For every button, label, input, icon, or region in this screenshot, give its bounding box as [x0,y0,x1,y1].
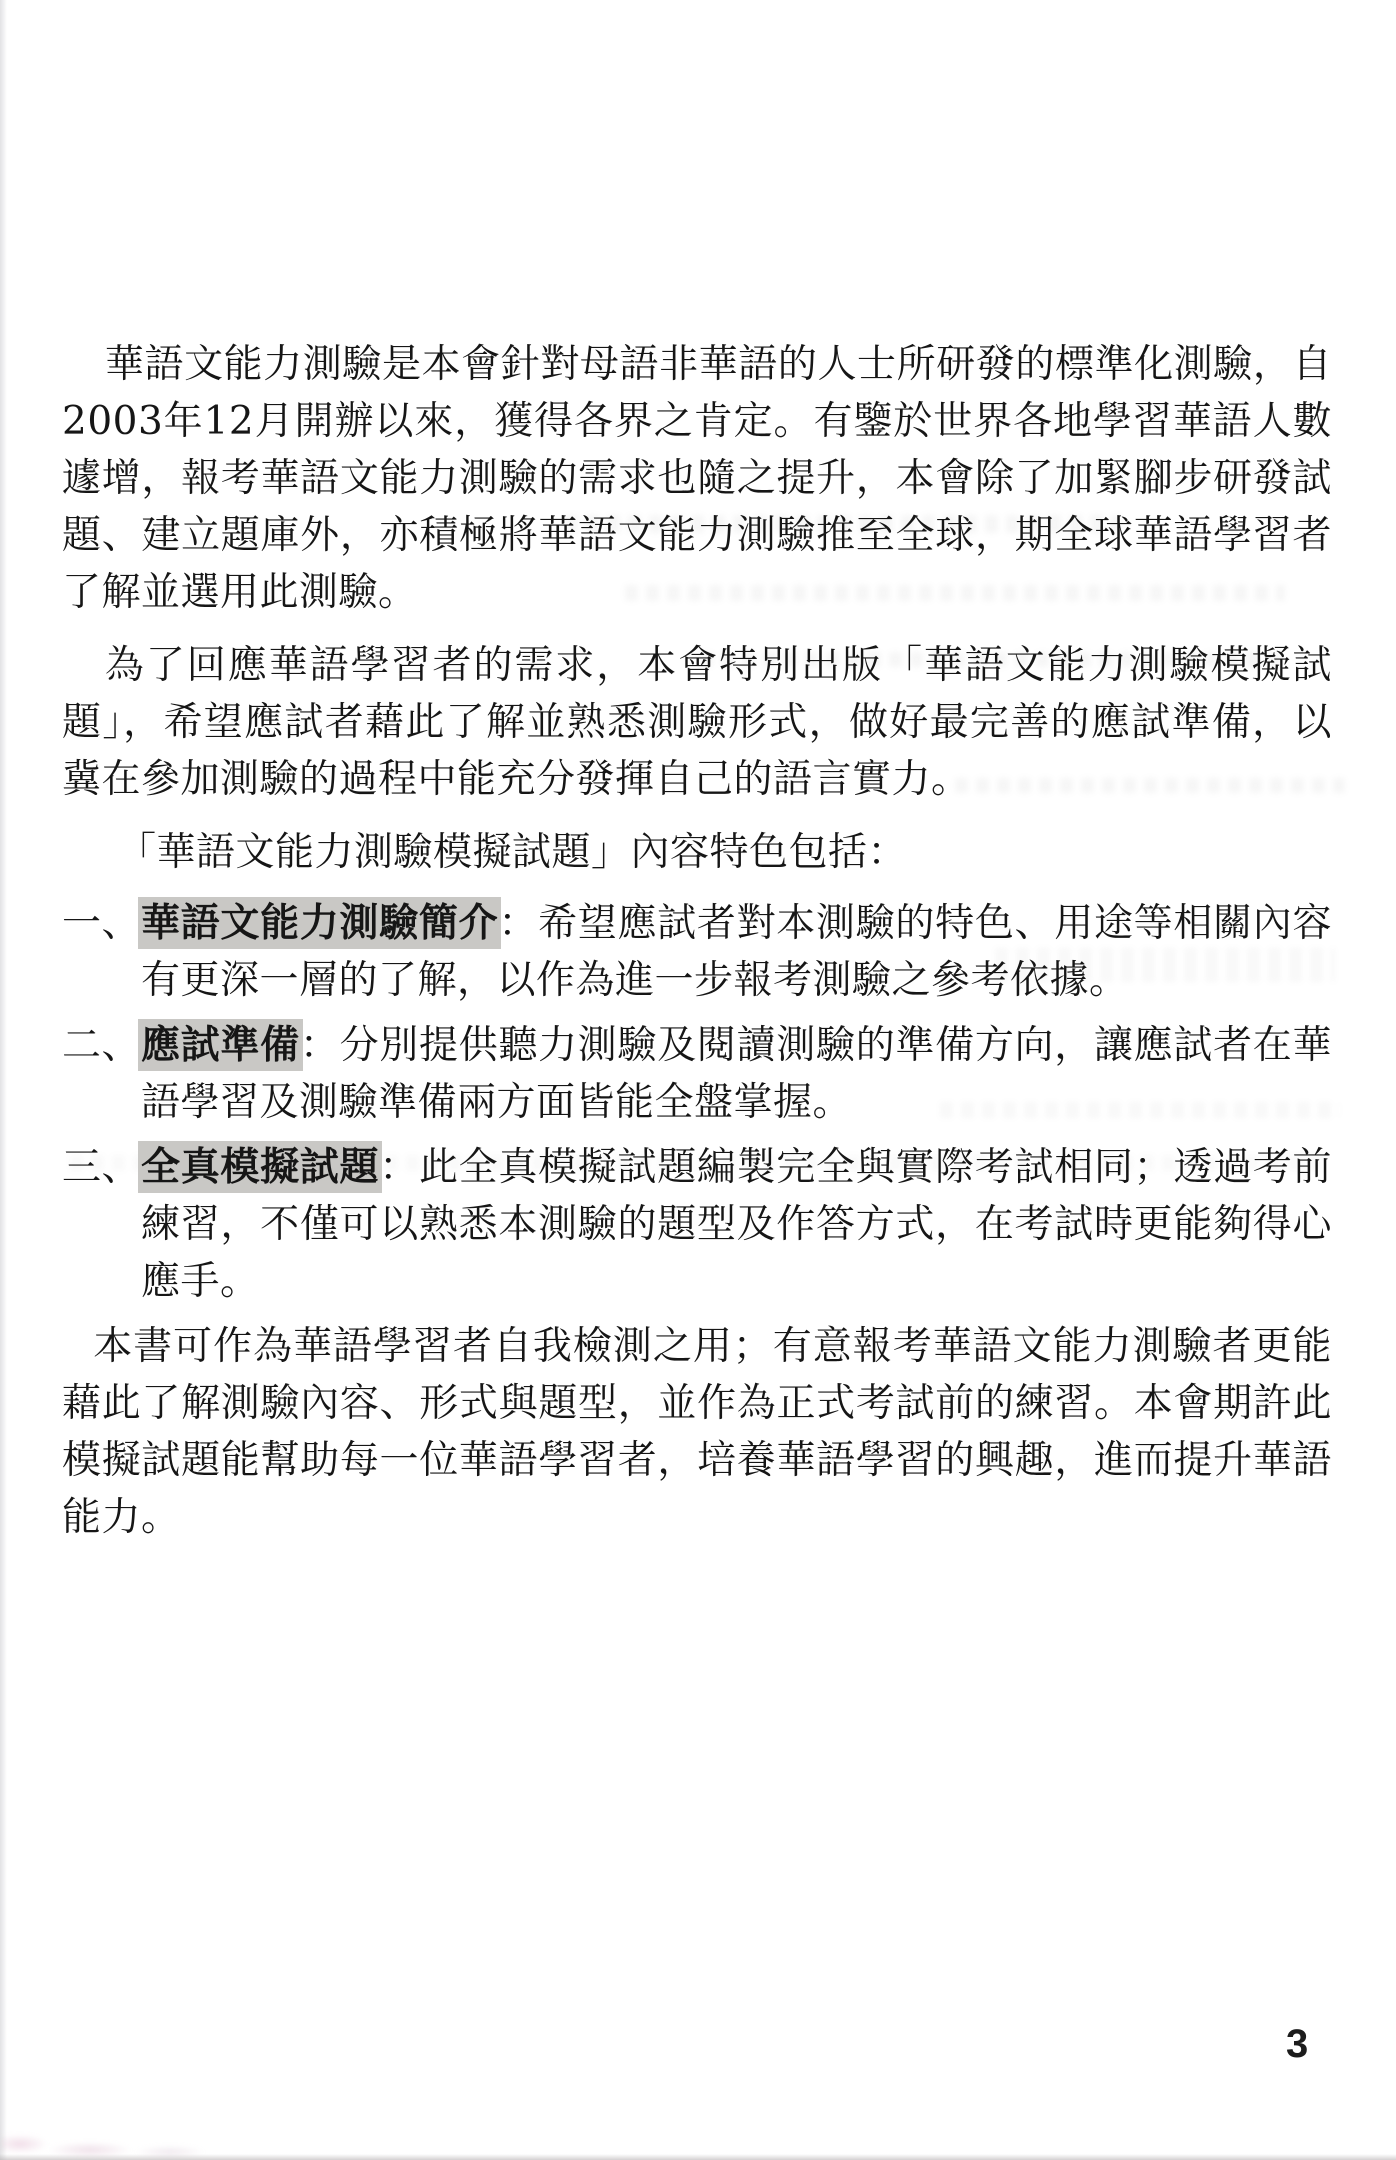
page-number: 3 [1286,2022,1308,2067]
feature-item-1: 一、 華語文能力測驗簡介：希望應試者對本測驗的特色、用途等相關內容有更深一層的了… [62,895,1332,1009]
scan-corner-noise-artifact [0,2114,230,2158]
feature-item-3-separator: ： [379,1145,419,1190]
preface-text: 華語文能力測驗是本會針對母語非華語的人士所研發的標準化測驗，自2003年12月開… [62,336,1332,1546]
feature-item-3-term: 全真模擬試題 [141,1144,379,1190]
paragraph-publication: 為了回應華語學習者的需求，本會特別出版「華語文能力測驗模擬試題」，希望應試者藉此… [62,637,1332,808]
closing-paragraph: 本書可作為華語學習者自我檢測之用；有意報考華語文能力測驗者更能藉此了解測驗內容、… [62,1318,1332,1546]
paragraph-intro-test: 華語文能力測驗是本會針對母語非華語的人士所研發的標準化測驗，自2003年12月開… [62,336,1332,621]
feature-item-1-separator: ： [498,901,538,946]
feature-item-3-body: 全真模擬試題：此全真模擬試題編製完全與實際考試相同；透過考前練習，不僅可以熟悉本… [141,1139,1332,1310]
feature-item-2-term: 應試準備 [141,1022,300,1068]
scan-edge-artifact [0,2154,1396,2160]
feature-item-3-marker: 三、 [62,1139,141,1310]
scanned-document-page: 華語文能力測驗是本會針對母語非華語的人士所研發的標準化測驗，自2003年12月開… [0,0,1396,2160]
scan-edge-artifact [0,0,7,2160]
feature-item-1-marker: 一、 [62,895,141,1009]
feature-item-2: 二、 應試準備：分別提供聽力測驗及閱讀測驗的準備方向，讓應試者在華語學習及測驗準… [62,1017,1332,1131]
feature-item-2-separator: ： [300,1023,340,1068]
feature-item-1-body: 華語文能力測驗簡介：希望應試者對本測驗的特色、用途等相關內容有更深一層的了解，以… [141,895,1332,1009]
features-intro-line: 「華語文能力測驗模擬試題」內容特色包括： [62,824,1332,881]
feature-item-1-term: 華語文能力測驗簡介 [141,900,498,946]
feature-item-2-marker: 二、 [62,1017,141,1131]
feature-item-2-body: 應試準備：分別提供聽力測驗及閱讀測驗的準備方向，讓應試者在華語學習及測驗準備兩方… [141,1017,1332,1131]
feature-item-3: 三、 全真模擬試題：此全真模擬試題編製完全與實際考試相同；透過考前練習，不僅可以… [62,1139,1332,1310]
